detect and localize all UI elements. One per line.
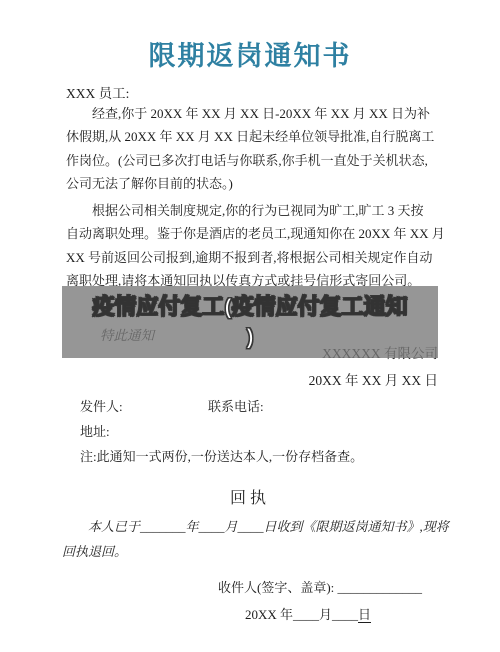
address-label: 地址:	[80, 421, 110, 440]
body-paragraph-1: 经查,你于 20XX 年 XX 月 XX 日-20XX 年 XX 月 XX 日为…	[66, 102, 452, 196]
caption-overlay-band: 疫情应付复工(疫情应付复工通知 )	[62, 286, 438, 358]
body-paragraph-2: 根据公司相关制度规定,你的行为已视同为旷工,旷工 3 天按 自动离职处理。鉴于你…	[66, 199, 452, 293]
phone-label: 联系电话:	[208, 396, 264, 415]
sender-row: 发件人: 联系电话:	[80, 396, 450, 415]
receipt-section-title: 回执	[0, 485, 500, 508]
note-line: 注:此通知一式两份,一份送达本人,一份存档备查。	[80, 446, 363, 465]
recipient-signature-line: 收件人(签字、盖章): _____________	[218, 577, 422, 596]
document-page: 限期返岗通知书 XXX 员工: 经查,你于 20XX 年 XX 月 XX 日-2…	[0, 0, 500, 652]
receipt-body-text: 本人已于_______年____月____日收到《限期返岗通知书》,现将 回执退…	[62, 514, 458, 564]
receipt-date-prefix: 20XX 年____月____	[245, 607, 358, 622]
caption-overlay-title: 疫情应付复工(疫情应付复工通知 )	[92, 292, 407, 352]
document-date: 20XX 年 XX 月 XX 日	[66, 369, 438, 389]
recipient-blank-line: _____________	[338, 580, 423, 595]
salutation: XXX 员工:	[66, 82, 448, 102]
recipient-label: 收件人(签字、盖章):	[218, 580, 334, 595]
document-title: 限期返岗通知书	[0, 34, 500, 73]
receipt-date-line: 20XX 年____月____日	[245, 604, 371, 623]
sender-label: 发件人:	[80, 399, 123, 414]
receipt-date-day: 日	[358, 607, 371, 623]
